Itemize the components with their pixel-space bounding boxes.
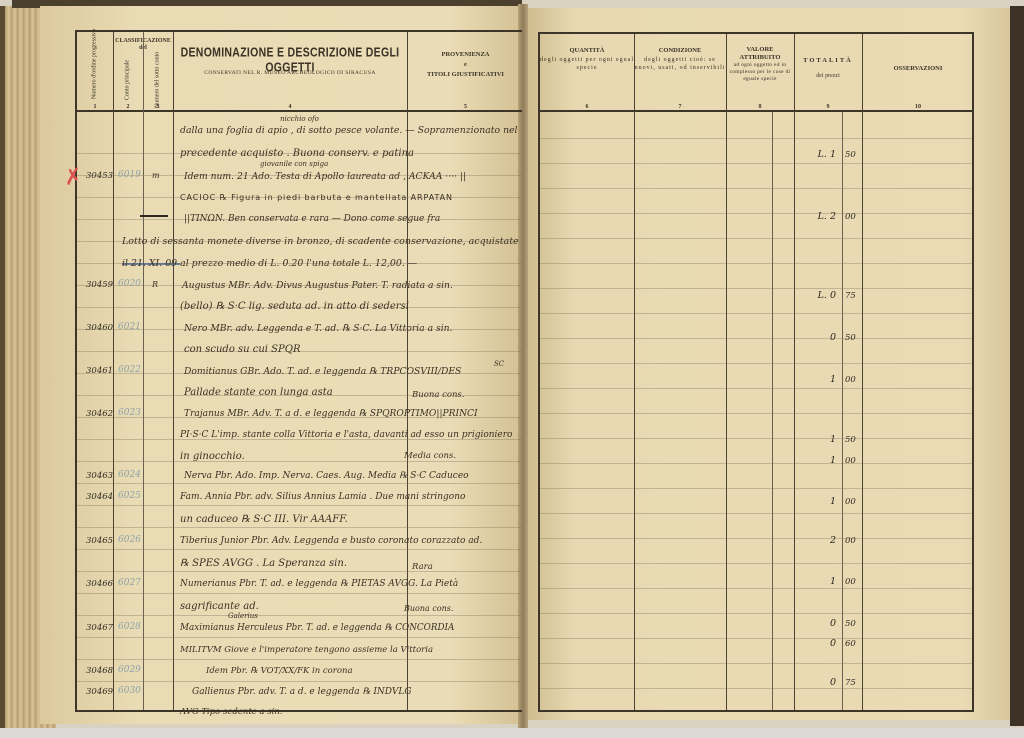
header-value-title: VALORE ATTRIBUITO <box>726 46 794 62</box>
header-description: DENOMINAZIONE E DESCRIZIONE DEGLI OGGETT… <box>173 32 407 112</box>
column-divider <box>173 32 174 710</box>
total-lire: 1 <box>790 434 836 445</box>
main-account-number: 6029 <box>118 665 141 675</box>
entry-line: in ginocchio. <box>180 451 245 462</box>
total-lire: 2 <box>790 535 836 546</box>
header-provenance-conjunction: e <box>407 60 524 70</box>
entry-line: Tiberius Junior Pbr. Adv. Leggenda e bus… <box>180 536 482 546</box>
column-number: 2 <box>113 104 143 110</box>
column-divider <box>634 34 635 710</box>
header-condition-title: CONDIZIONE <box>634 46 726 56</box>
provenance-note: Buona cons. <box>404 604 453 613</box>
header-quantity-body: degli oggetti per ogni egual specie <box>540 56 634 72</box>
header-total-title: TOTALITÀ <box>794 56 862 66</box>
header-total: TOTALITÀ dei prezzi 9 <box>794 34 862 112</box>
header-observations-title: OSSERVAZIONI <box>862 64 974 74</box>
entry-line: con scudo su cui SPQR <box>184 344 301 355</box>
order-number: 30465 <box>86 536 113 546</box>
total-lire: 0 <box>790 618 836 629</box>
main-account-number: 6020 <box>118 279 141 289</box>
entry-line: Nerva Pbr. Ado. Imp. Nerva. Caes. Aug. M… <box>184 471 469 481</box>
header-quantity: QUANTITÀ degli oggetti per ogni egual sp… <box>540 34 634 112</box>
provenance-note: Media cons. <box>404 451 456 461</box>
total-lire: L. 2 <box>790 211 836 222</box>
entry-line: Augustus MBr. Adv. Divus Augustus Pater.… <box>182 280 453 291</box>
entry-line: Trajanus MBr. Adv. T. a d. e leggenda ℞ … <box>184 409 478 419</box>
entry-line: sagrificante ad. <box>180 601 259 612</box>
header-condition: CONDIZIONE degli oggetti cioè: se nuovi,… <box>634 34 726 112</box>
open-ledger-book: Numero d'ordine progressivo 1 CLASSIFICA… <box>0 0 1024 738</box>
column-divider <box>726 34 727 710</box>
entry-line: Domitianus GBr. Ado. T. ad. e leggenda ℞… <box>184 366 461 377</box>
main-account-number: 6025 <box>118 491 141 501</box>
book-cover-right <box>1010 6 1024 726</box>
column-number: 1 <box>77 104 113 110</box>
main-account-number: 6019 <box>118 170 141 180</box>
provenance-note: Rara <box>412 562 433 572</box>
main-account-number: 6026 <box>118 535 141 545</box>
entry-line: AVG Tipo sedente a sin. <box>180 707 283 717</box>
column-divider <box>862 34 863 710</box>
entry-line: Fam. Annia Pbr. adv. Silius Annius Lamia… <box>180 492 465 502</box>
entry-line: un caduceo ℞ S·C III. Vir AAAFF. <box>180 514 348 525</box>
header-description-subtitle: CONSERVATI NEL R. MUSEO ARCHEOLOGICO DI … <box>173 70 407 76</box>
entry-line: ℞ SPES AVGG . La Speranza sin. <box>180 558 347 569</box>
sub-account-number: m <box>152 171 160 180</box>
column-number: 3 <box>143 104 173 110</box>
total-cents: 00 <box>845 577 856 587</box>
header-quantity-title: QUANTITÀ <box>540 46 634 56</box>
header-total-body: dei prezzi <box>794 72 862 80</box>
column-number: 4 <box>173 104 407 110</box>
entry-line: Maximianus Herculeus Pbr. T. ad. e legge… <box>180 623 454 633</box>
total-lire: 1 <box>790 496 836 507</box>
column-number: 8 <box>726 104 794 110</box>
entry-line: Gallienus Pbr. adv. T. a d. e leggenda ℞… <box>192 687 412 697</box>
entry-line: dalla una foglia di apio , di sotto pesc… <box>180 125 518 136</box>
main-account-number: 6028 <box>118 622 141 632</box>
total-cents: 75 <box>845 291 856 301</box>
order-number: 30469 <box>86 687 113 697</box>
header-main-account: Conto principale 2 <box>113 32 143 112</box>
column-number: 10 <box>862 104 974 110</box>
main-account-number: 6030 <box>118 686 141 696</box>
right-register-table: QUANTITÀ degli oggetti per ogni egual sp… <box>538 32 974 712</box>
main-account-number: 6022 <box>118 365 141 375</box>
sub-account-number: R <box>152 280 158 289</box>
order-number: 30466 <box>86 579 113 589</box>
column-divider <box>794 34 795 710</box>
total-lire: 0 <box>790 677 836 688</box>
handwritten-correction: Galerius <box>228 612 258 620</box>
entry-line: Idem num. 21 Ado. Testa di Apollo laurea… <box>184 171 466 182</box>
entry-line: ||TINΩN. Ben conservata e rara — Dono co… <box>184 214 440 224</box>
superscript-annotation: SC <box>494 360 504 368</box>
order-number: 30467 <box>86 623 113 633</box>
total-lire: 1 <box>790 455 836 466</box>
total-lire: 0 <box>790 638 836 649</box>
scan-background <box>0 728 1024 738</box>
total-cents: 00 <box>845 212 856 222</box>
total-cents: 50 <box>845 619 856 629</box>
header-provenance-subtitle: TITOLI GIUSTIFICATIVI <box>407 70 524 80</box>
header-value: VALORE ATTRIBUITO ad ogni oggetto ed in … <box>726 34 794 112</box>
header-sub-account-label: Numero del sotto conto <box>155 52 162 109</box>
total-cents: 50 <box>845 150 856 160</box>
total-lire: L. 0 <box>790 290 836 301</box>
entry-line: MILITVM Giove e l'imperatore tengono ass… <box>180 645 433 655</box>
handwritten-annotation: nicchio ofo <box>280 115 319 123</box>
order-number: 30462 <box>86 409 113 419</box>
total-cents: 00 <box>845 375 856 385</box>
header-observations: OSSERVAZIONI 10 <box>862 34 974 112</box>
order-number: 30464 <box>86 492 113 502</box>
entry-line: Idem Pbr. ℞ VOT/XX/FK in corona <box>206 666 353 676</box>
column-number: 6 <box>540 104 634 110</box>
order-number: 30459 <box>86 280 113 290</box>
order-number: 30461 <box>86 366 113 376</box>
entry-line: PI·S·C L'imp. stante colla Vittoria e l'… <box>180 430 512 440</box>
entry-line: precedente acquisto . Buona conserv. e p… <box>180 148 414 159</box>
header-condition-body: degli oggetti cioè: se nuovi, usati, od … <box>634 56 726 72</box>
main-account-number: 6021 <box>118 322 141 332</box>
total-cents: 00 <box>845 536 856 546</box>
column-number: 9 <box>794 104 862 110</box>
entry-line: Pallade stante con lunga asta <box>184 387 333 398</box>
lot-description: Lotto di sessanta monete diverse in bron… <box>122 236 519 247</box>
red-check-mark: ✗ <box>62 164 84 191</box>
header-value-body: ad ogni oggetto ed in complesso per le c… <box>726 62 794 83</box>
main-account-number: 6027 <box>118 578 141 588</box>
header-provenance: PROVENIENZA e TITOLI GIUSTIFICATIVI 5 <box>407 32 524 112</box>
column-number: 5 <box>407 104 524 110</box>
entry-line: Nero MBr. adv. Leggenda e T. ad. ℞ S·C. … <box>184 323 452 334</box>
order-number: 30463 <box>86 471 113 481</box>
order-number: 30453 <box>86 171 113 181</box>
column-divider <box>842 112 843 710</box>
total-lire: L. 1 <box>790 149 836 160</box>
entry-line: Numerianus Pbr. T. ad. e leggenda ℞ PIET… <box>180 579 458 589</box>
header-main-account-label: Conto principale <box>125 60 132 100</box>
main-account-number: 6023 <box>118 408 141 418</box>
right-table-header: QUANTITÀ degli oggetti per ogni egual sp… <box>540 34 972 112</box>
total-cents: 00 <box>845 497 856 507</box>
order-number: 30468 <box>86 666 113 676</box>
entry-line: (bello) ℞ S·C lig. seduta ad. in atto di… <box>180 301 409 312</box>
total-cents: 00 <box>845 456 856 466</box>
header-order-number: Numero d'ordine progressivo 1 <box>77 32 113 112</box>
header-order-number-label: Numero d'ordine progressivo <box>92 29 99 99</box>
column-number: 7 <box>634 104 726 110</box>
main-account-number: 6024 <box>118 470 141 480</box>
total-lire: 1 <box>790 576 836 587</box>
handwritten-correction: giovanile con spiga <box>260 160 328 168</box>
total-cents: 75 <box>845 678 856 688</box>
ink-dash-mark <box>140 215 168 217</box>
provenance-note: Buona cons. <box>412 390 465 400</box>
total-cents: 50 <box>845 435 856 445</box>
entry-line: CACIOC ℞ Figura in piedi barbuta e mante… <box>180 193 453 202</box>
order-number: 30460 <box>86 323 113 333</box>
header-provenance-title: PROVENIENZA <box>407 50 524 60</box>
column-divider <box>143 32 144 710</box>
header-sub-account: Numero del sotto conto 3 <box>143 32 173 112</box>
total-lire: 0 <box>790 332 836 343</box>
total-lire: 1 <box>790 374 836 385</box>
total-cents: 50 <box>845 333 856 343</box>
lot-description: il 21. XI. 09 al prezzo medio di L. 0.20… <box>122 258 417 269</box>
column-divider <box>113 32 114 710</box>
column-divider <box>772 112 773 710</box>
total-cents: 60 <box>845 639 856 649</box>
